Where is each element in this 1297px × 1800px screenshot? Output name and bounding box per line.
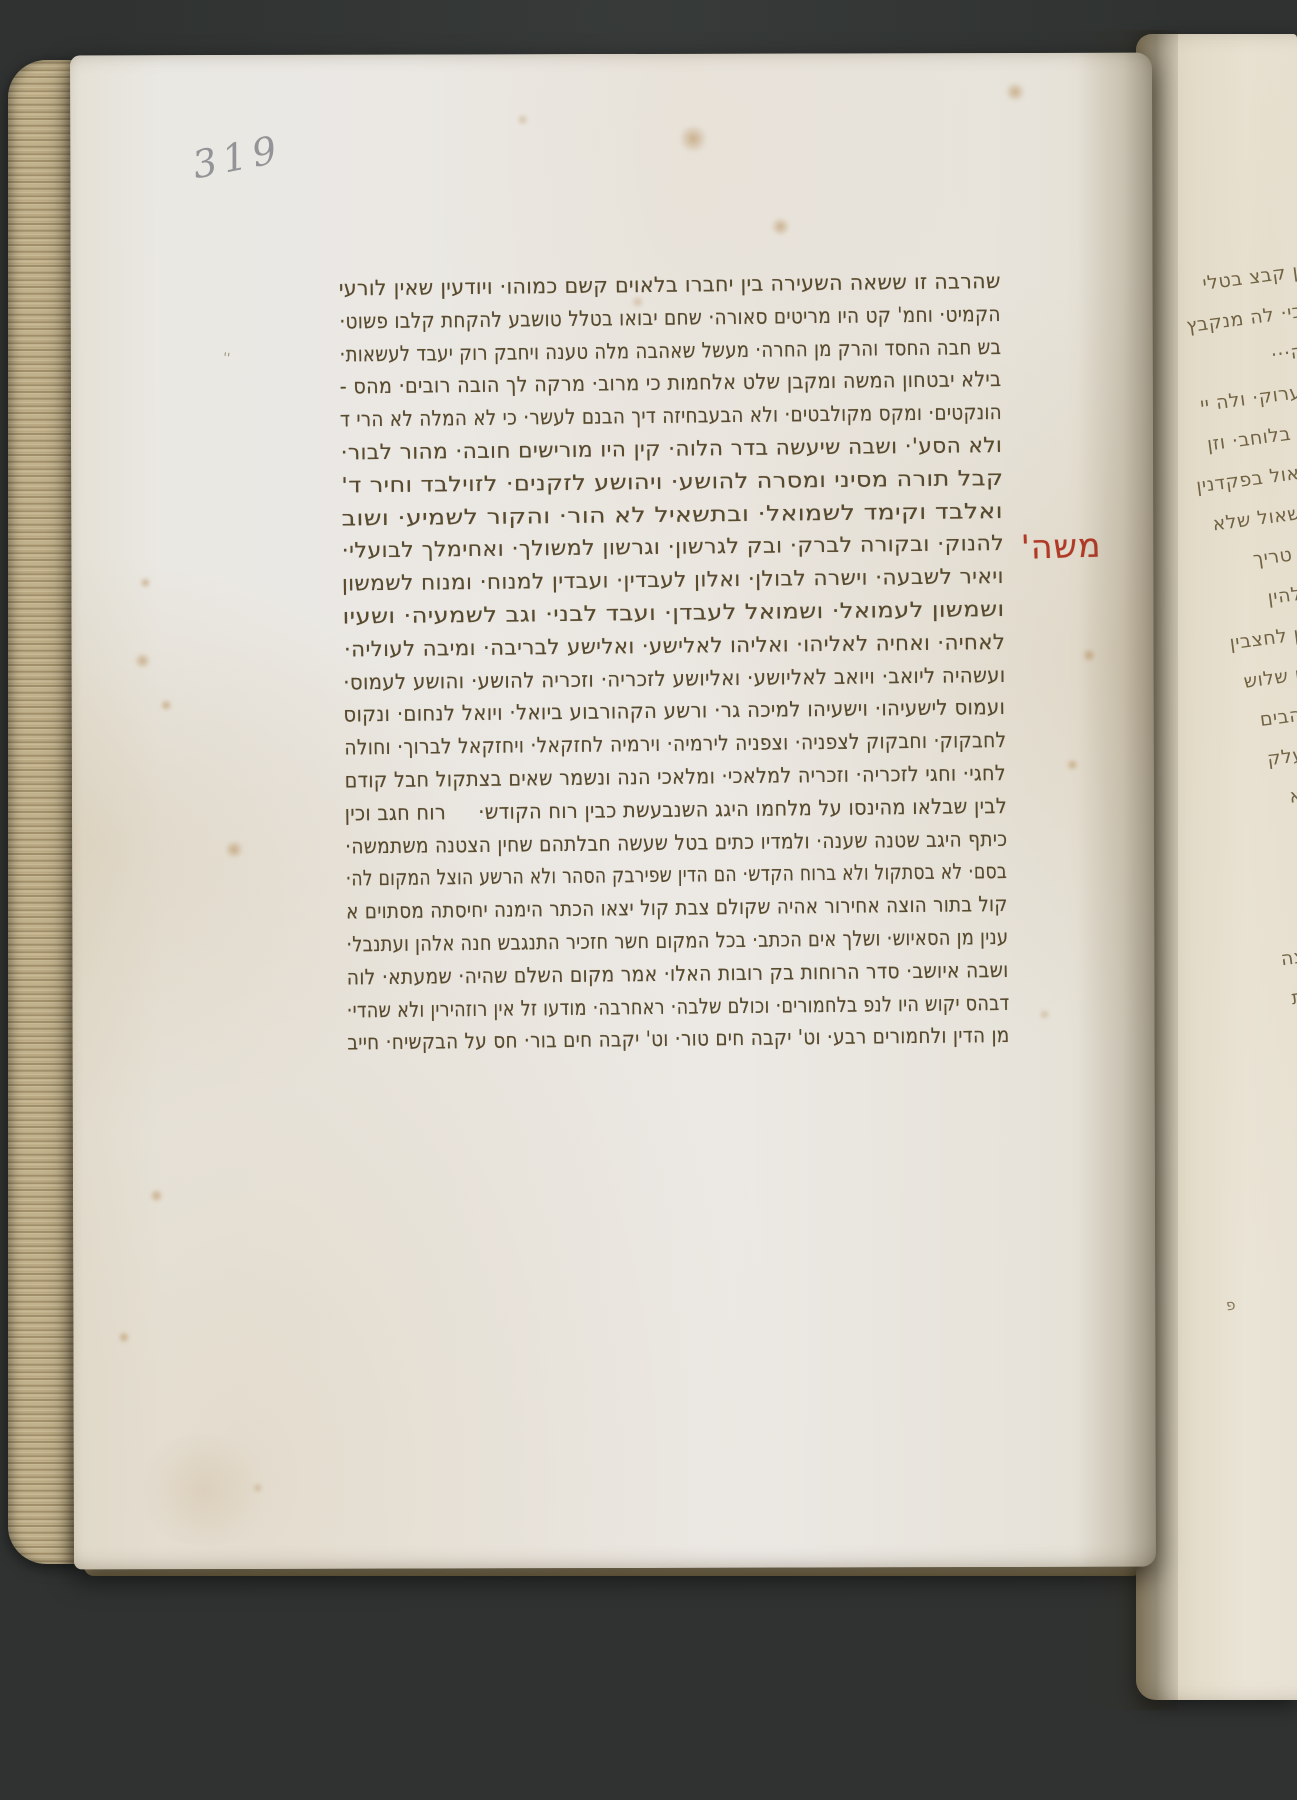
manuscript-text-block: שהרבה זו ששאה השעירה בין יחברו בלאוים קש… (339, 265, 1010, 1060)
book-fore-edge-pages (8, 60, 78, 1564)
foxing-spot (1082, 649, 1097, 662)
foxing-spot (1066, 759, 1079, 771)
facing-page-sliver: יה חין קבצ בטלילסצבי· לה מנקבץמל גבה···ל… (1136, 34, 1297, 1700)
foxing-spot (1039, 1009, 1051, 1020)
foxing-spot (134, 1435, 274, 1545)
foxing-spot (139, 577, 151, 588)
manuscript-page: 319 '' שהרבה זו ששאה השעירה בין יחברו בל… (70, 53, 1156, 1570)
foxing-spot (770, 218, 790, 236)
foxing-spot (160, 699, 173, 711)
red-section-heading: משה' (1005, 525, 1102, 567)
foxing-spot (117, 1331, 130, 1343)
foxing-spot (224, 841, 244, 858)
foxing-spot (516, 114, 529, 125)
photo-of-open-manuscript: יה חין קבצ בטלילסצבי· לה מנקבץמל גבה···ל… (0, 0, 1297, 1800)
foxing-spot (678, 126, 708, 152)
facing-page-text-column: יה חין קבצ בטלילסצבי· לה מנקבץמל גבה···ל… (1136, 246, 1297, 1148)
stray-ink-mark: פ (1225, 1296, 1236, 1315)
foxing-spot (149, 1189, 164, 1202)
text-line: מן הדין ולחמורים רבע· וט' יקבה חים טור· … (347, 1019, 1009, 1059)
pencil-folio-number: 319 (189, 127, 286, 188)
foxing-spot (1004, 83, 1026, 101)
foxing-spot (252, 1483, 264, 1493)
foxing-spot (134, 653, 152, 668)
